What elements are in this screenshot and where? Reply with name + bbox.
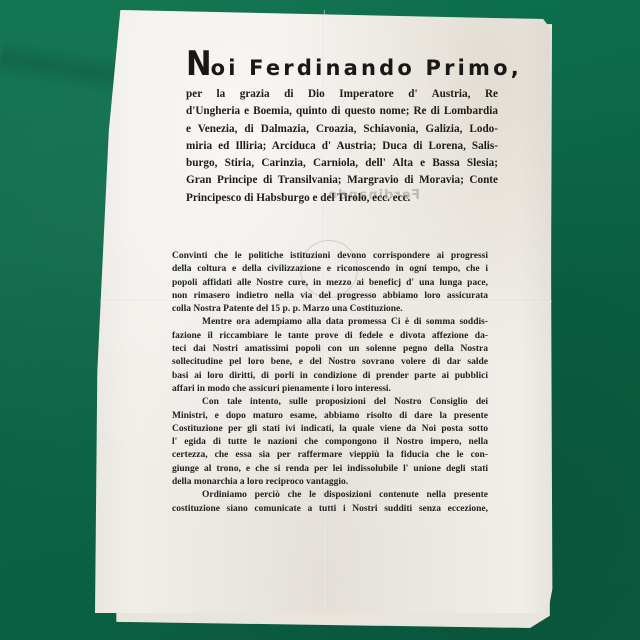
body-line: Mentre ora adempiamo alla data promessa …	[172, 316, 488, 329]
body-line: costituzione siano comunicate a tutti i …	[172, 503, 488, 516]
cloth-fold-shadow	[0, 38, 132, 98]
body-line: Costituzione per gli stati ivi indicati,…	[172, 423, 488, 436]
title-initial: N	[186, 44, 211, 84]
body-line: teci dai Nostri amatissimi popoli con un…	[172, 343, 488, 356]
intitulation-line: per la grazia di Dio Imperatore d' Austr…	[186, 86, 498, 103]
proclamation-body: Convinti che le politiche istituzioni de…	[172, 250, 488, 516]
body-line: sollecitudine pel loro bene, e del Nostr…	[172, 356, 488, 369]
body-line: Convinti che le politiche istituzioni de…	[172, 250, 488, 263]
intitulation-line: burgo, Stiria, Carinzia, Carniola, dell'…	[186, 155, 498, 172]
body-line: colla Nostra Patente del 15 p. p. Marzo …	[172, 303, 488, 316]
royal-intitulation: per la grazia di Dio Imperatore d' Austr…	[186, 86, 498, 207]
body-line: non rimasero indietro nella via del prog…	[172, 290, 488, 303]
body-line: giunge al trono, e che si renda per lei …	[172, 463, 488, 476]
intitulation-line: Principesco di Habsburgo e del Tirolo, e…	[186, 190, 498, 207]
title-rest: oi Ferdinando Primo,	[211, 56, 522, 80]
body-line: della monarchia a loro reciproco vantagg…	[172, 476, 488, 489]
body-line: certezza, che essa sia per raffermare vi…	[172, 449, 488, 462]
paragraph-4: Ordiniamo perciò che le disposizioni con…	[172, 489, 488, 516]
body-line: Ordiniamo perciò che le disposizioni con…	[172, 489, 488, 502]
body-line: della coltura e della civilizzazione e r…	[172, 263, 488, 276]
intitulation-line: Gran Principe di Transilvania; Margravio…	[186, 172, 498, 189]
intitulation-line: d'Ungheria e Boemia, quinto di questo no…	[186, 103, 498, 120]
intitulation-line: e Venezia, di Dalmazia, Croazia, Schiavo…	[186, 121, 498, 138]
document-title: Noi Ferdinando Primo,	[186, 44, 496, 84]
paragraph-3: Con tale intento, sulle proposizioni del…	[172, 396, 488, 489]
body-line: fazione il riccambiare le tante prove di…	[172, 330, 488, 343]
body-line: basi ai loro diritti, di porli in condiz…	[172, 370, 488, 383]
body-line: Con tale intento, sulle proposizioni del…	[172, 396, 488, 409]
paragraph-1: Convinti che le politiche istituzioni de…	[172, 250, 488, 316]
body-line: affari in modo che assicuri pienamente i…	[172, 383, 488, 396]
body-line: l' egida di tutte le nazioni che compong…	[172, 436, 488, 449]
body-line: popoli affidati alle Nostre cure, in mez…	[172, 277, 488, 290]
paragraph-2: Mentre ora adempiamo alla data promessa …	[172, 316, 488, 396]
intitulation-line: miria ed Illiria; Arciduca d' Austria; D…	[186, 138, 498, 155]
body-line: Ministri, e dopo maturo esame, abbiamo r…	[172, 410, 488, 423]
